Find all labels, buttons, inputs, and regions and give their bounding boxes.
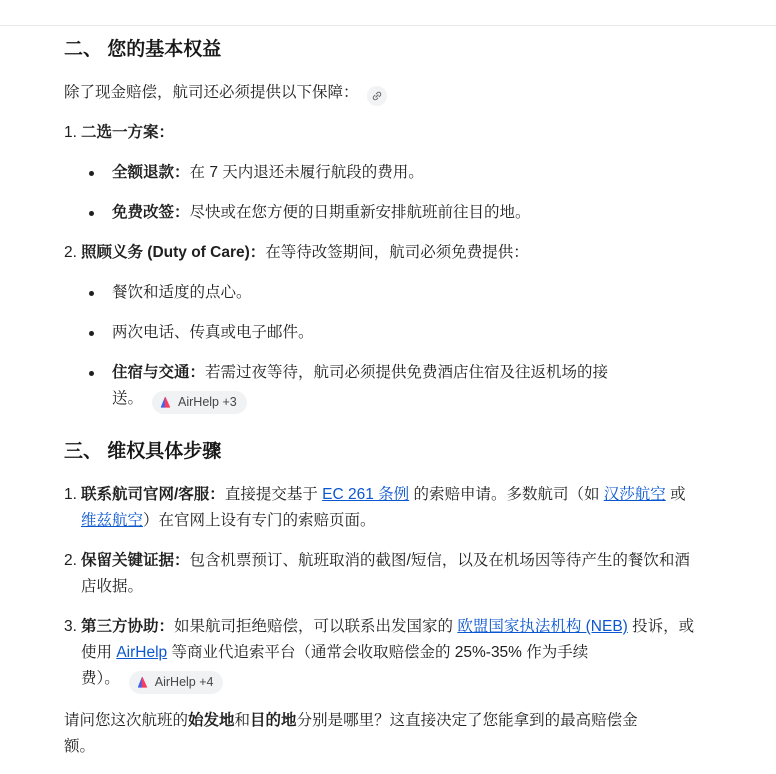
text-run: 使用 [81, 644, 116, 661]
citation-label: AirHelp +4 [155, 671, 214, 694]
item-marker: 2. [64, 240, 81, 266]
answer-body: 二、 您的基本权益除了现金赔偿，航司还必须提供以下保障：1.二选一方案：全额退款… [64, 26, 716, 725]
item-text: 两次电话、传真或电子邮件。 [112, 320, 716, 346]
bold-run: 免费改签： [112, 204, 190, 221]
text-run: 和 [235, 712, 251, 725]
text-run: 包含机票预订、航班取消的截图/短信，以及在机场因等待产生的餐饮和酒 [190, 552, 690, 569]
text-run: 餐饮和适度的点心。 [112, 284, 252, 301]
text-run: 费）。 [81, 670, 120, 687]
text-line: 使用 AirHelp 等商业代追索平台（通常会收取赔偿金的 25%-35% 作为… [81, 640, 716, 666]
text-line: 店收据。 [81, 574, 716, 600]
airhelp-logo-icon [136, 676, 149, 689]
text-run: 的索赔申请。多数航司（如 [409, 486, 604, 503]
text-run: 在 7 天内退还未履行航段的费用。 [190, 164, 424, 181]
text-run: 等商业代追索平台（通常会收取赔偿金的 25%-35% 作为手续 [167, 644, 588, 661]
item-text: 除了现金赔偿，航司还必须提供以下保障： [64, 80, 716, 106]
item-marker: 1. [64, 120, 81, 146]
bold-run: 联系航司官网/客服： [81, 486, 225, 503]
inline-link[interactable]: 欧盟国家执法机构 (NEB) [457, 618, 628, 635]
text-line: 请问您这次航班的始发地和目的地分别是哪里？这直接决定了您能拿到的最高赔偿金 [64, 708, 716, 725]
text-run: 两次电话、传真或电子邮件。 [112, 324, 314, 341]
text-run: ）在官网上设有专门的索赔页面。 [143, 512, 376, 529]
bold-run: 第三方协助： [81, 618, 174, 635]
section-heading: 二、 您的基本权益 [64, 36, 716, 64]
inline-link[interactable]: EC 261 条例 [322, 486, 409, 503]
bullet-item: 全额退款：在 7 天内退还未履行航段的费用。 [88, 160, 716, 186]
page: { "meta": { "background": "#ffffff", "te… [0, 0, 776, 725]
text-line: 两次电话、传真或电子邮件。 [112, 320, 716, 346]
text-run: 请问您这次航班的 [64, 712, 188, 725]
bold-run: 保留关键证据： [81, 552, 190, 569]
text-line: 住宿与交通：若需过夜等待，航司必须提供免费酒店住宿及往返机场的接 [112, 360, 716, 386]
text-line: 二选一方案： [81, 120, 716, 146]
bold-run: 全额退款： [112, 164, 190, 181]
source-link-chip[interactable] [367, 86, 387, 106]
item-text: 第三方协助：如果航司拒绝赔偿，可以联系出发国家的 欧盟国家执法机构 (NEB) … [81, 614, 716, 694]
text-line: 照顾义务 (Duty of Care)：在等待改签期间，航司必须免费提供： [81, 240, 716, 266]
text-line: 费）。AirHelp +4 [81, 666, 716, 694]
bold-run: 始发地 [188, 712, 235, 725]
item-text: 照顾义务 (Duty of Care)：在等待改签期间，航司必须免费提供： [81, 240, 716, 266]
bold-run: 目的地 [250, 712, 297, 725]
text-run: 或 [666, 486, 686, 503]
link-icon [371, 90, 383, 102]
text-run: 除了现金赔偿，航司还必须提供以下保障： [64, 84, 359, 101]
numbered-item: 1.联系航司官网/客服：直接提交基于 EC 261 条例 的索赔申请。多数航司（… [64, 482, 716, 534]
citation-badge[interactable]: AirHelp +4 [129, 671, 224, 694]
text-run: 若需过夜等待，航司必须提供免费酒店住宿及往返机场的接 [205, 364, 608, 381]
bullet-item: 免费改签：尽快或在您方便的日期重新安排航班前往目的地。 [88, 200, 716, 226]
citation-badge[interactable]: AirHelp +3 [152, 391, 247, 414]
text-run: 如果航司拒绝赔偿，可以联系出发国家的 [174, 618, 457, 635]
item-text: 全额退款：在 7 天内退还未履行航段的费用。 [112, 160, 716, 186]
paragraph: 请问您这次航班的始发地和目的地分别是哪里？这直接决定了您能拿到的最高赔偿金额。 [64, 708, 716, 725]
text-run: 直接提交基于 [225, 486, 322, 503]
text-run: 店收据。 [81, 578, 143, 595]
text-run: 投诉，或 [628, 618, 694, 635]
text-run: 尽快或在您方便的日期重新安排航班前往目的地。 [190, 204, 531, 221]
bullet-dot [88, 160, 112, 176]
inline-link[interactable]: 维兹航空 [81, 512, 143, 529]
text-run: 在等待改签期间，航司必须免费提供： [265, 244, 529, 261]
item-text: 联系航司官网/客服：直接提交基于 EC 261 条例 的索赔申请。多数航司（如 … [81, 482, 716, 534]
airhelp-logo-icon [159, 396, 172, 409]
bold-run: 照顾义务 (Duty of Care)： [81, 244, 265, 261]
section-heading: 三、 维权具体步骤 [64, 438, 716, 466]
numbered-item: 2.保留关键证据：包含机票预订、航班取消的截图/短信，以及在机场因等待产生的餐饮… [64, 548, 716, 600]
item-text: 餐饮和适度的点心。 [112, 280, 716, 306]
bold-run: 二选一方案： [81, 124, 174, 141]
text-line: 免费改签：尽快或在您方便的日期重新安排航班前往目的地。 [112, 200, 716, 226]
text-line: 维兹航空）在官网上设有专门的索赔页面。 [81, 508, 716, 534]
citation-label: AirHelp +3 [178, 391, 237, 414]
bullet-dot [88, 320, 112, 336]
bullet-dot [88, 200, 112, 216]
text-run: 分别是哪里？这直接决定了您能拿到的最高赔偿金 [297, 712, 638, 725]
item-text: 免费改签：尽快或在您方便的日期重新安排航班前往目的地。 [112, 200, 716, 226]
text-run: 送。 [112, 390, 143, 407]
text-line: 保留关键证据：包含机票预订、航班取消的截图/短信，以及在机场因等待产生的餐饮和酒 [81, 548, 716, 574]
text-line: 送。AirHelp +3 [112, 386, 716, 414]
numbered-item: 3.第三方协助：如果航司拒绝赔偿，可以联系出发国家的 欧盟国家执法机构 (NEB… [64, 614, 716, 694]
item-marker: 1. [64, 482, 81, 508]
item-marker: 2. [64, 548, 81, 574]
item-marker: 3. [64, 614, 81, 640]
text-line: 全额退款：在 7 天内退还未履行航段的费用。 [112, 160, 716, 186]
item-text: 保留关键证据：包含机票预订、航班取消的截图/短信，以及在机场因等待产生的餐饮和酒… [81, 548, 716, 600]
inline-link[interactable]: AirHelp [116, 644, 167, 661]
numbered-item: 2.照顾义务 (Duty of Care)：在等待改签期间，航司必须免费提供： [64, 240, 716, 266]
bold-run: 住宿与交通： [112, 364, 205, 381]
text-line: 餐饮和适度的点心。 [112, 280, 716, 306]
item-text: 住宿与交通：若需过夜等待，航司必须提供免费酒店住宿及往返机场的接送。AirHel… [112, 360, 716, 414]
text-line: 除了现金赔偿，航司还必须提供以下保障： [64, 80, 716, 106]
paragraph: 除了现金赔偿，航司还必须提供以下保障： [64, 80, 716, 106]
bullet-item: 住宿与交通：若需过夜等待，航司必须提供免费酒店住宿及往返机场的接送。AirHel… [88, 360, 716, 414]
item-text: 二选一方案： [81, 120, 716, 146]
text-line: 联系航司官网/客服：直接提交基于 EC 261 条例 的索赔申请。多数航司（如 … [81, 482, 716, 508]
bullet-item: 两次电话、传真或电子邮件。 [88, 320, 716, 346]
bullet-item: 餐饮和适度的点心。 [88, 280, 716, 306]
numbered-item: 1.二选一方案： [64, 120, 716, 146]
text-line: 第三方协助：如果航司拒绝赔偿，可以联系出发国家的 欧盟国家执法机构 (NEB) … [81, 614, 716, 640]
bullet-dot [88, 360, 112, 376]
inline-link[interactable]: 汉莎航空 [604, 486, 666, 503]
item-text: 请问您这次航班的始发地和目的地分别是哪里？这直接决定了您能拿到的最高赔偿金额。 [64, 708, 716, 725]
bullet-dot [88, 280, 112, 296]
